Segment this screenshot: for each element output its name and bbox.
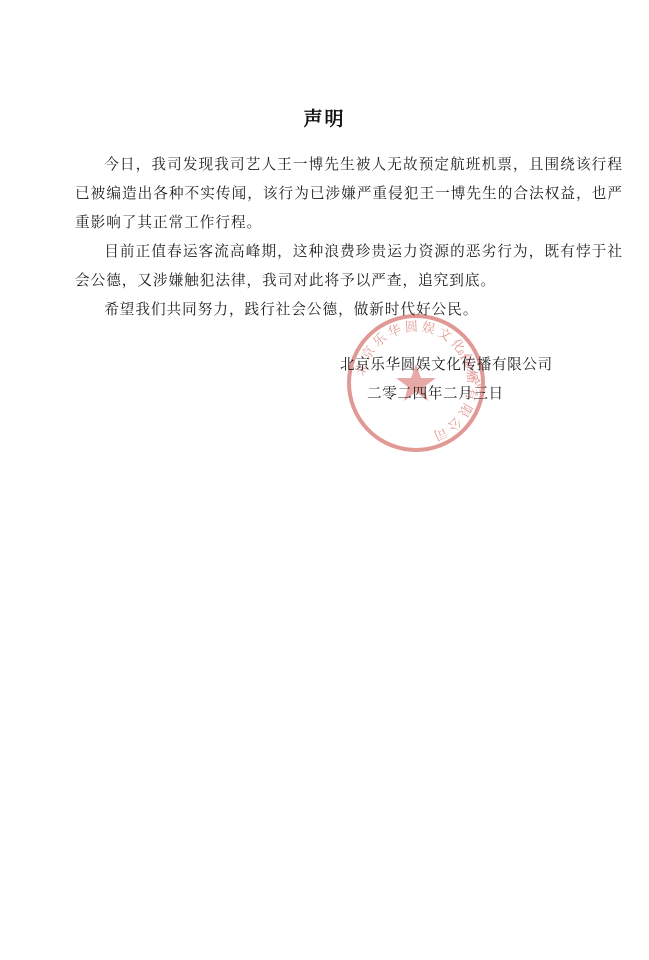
statement-body: 今日，我司发现我司艺人王一博先生被人无故预定航班机票，且围绕该行程已被编造出各种…: [75, 150, 623, 324]
document-title: 声明: [0, 104, 649, 131]
signature-date: 二零二四年二月三日: [367, 379, 504, 408]
signature-company: 北京乐华圆娱文化传播有限公司: [340, 350, 553, 379]
statement-page: 声明 今日，我司发现我司艺人王一博先生被人无故预定航班机票，且围绕该行程已被编造…: [0, 0, 649, 960]
paragraph-2: 目前正值春运客流高峰期，这种浪费珍贵运力资源的恶劣行为，既有悖于社会公德，又涉嫌…: [75, 237, 623, 295]
paragraph-1: 今日，我司发现我司艺人王一博先生被人无故预定航班机票，且围绕该行程已被编造出各种…: [75, 150, 623, 237]
